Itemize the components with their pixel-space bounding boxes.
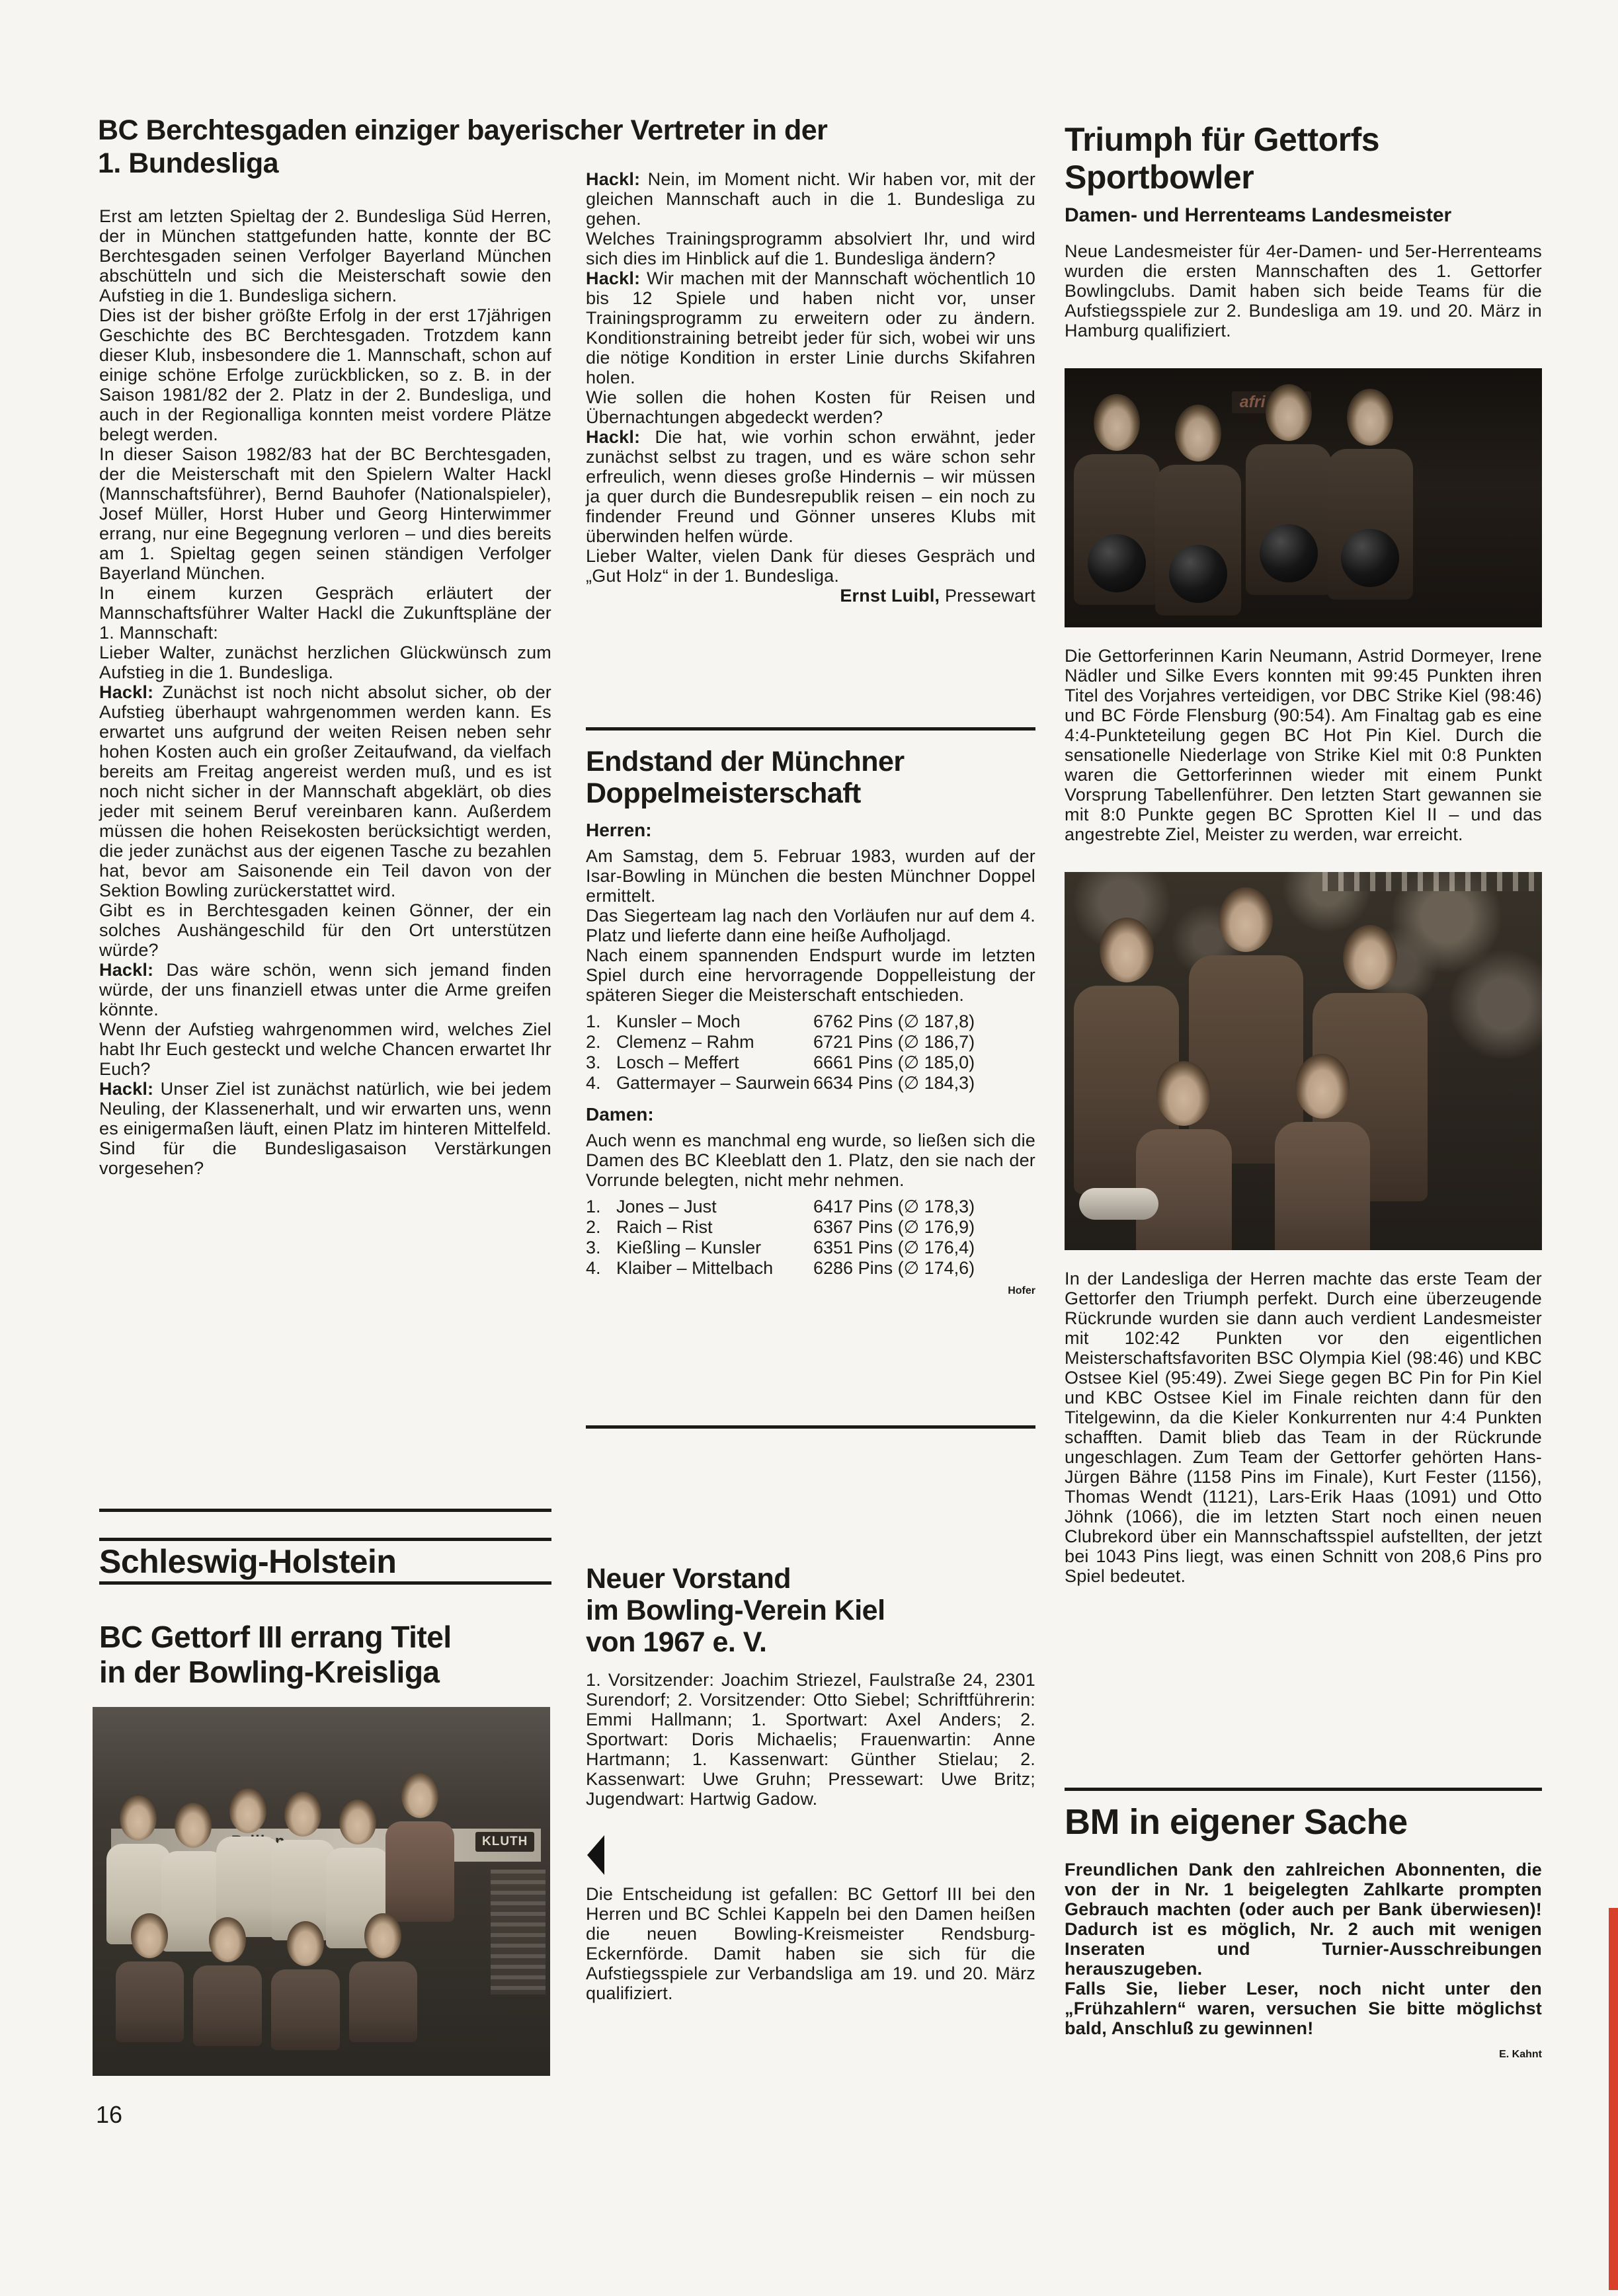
result-score: 6721 Pins (∅ 186,7): [813, 1032, 1035, 1052]
result-rank: 1.: [586, 1197, 616, 1217]
paragraph: In der Landesliga der Herren machte das …: [1065, 1269, 1542, 1586]
speaker-label: Hackl:: [586, 268, 640, 288]
result-score: 6367 Pins (∅ 176,9): [813, 1217, 1035, 1238]
divider-rule: [99, 1581, 551, 1585]
result-score: 6417 Pins (∅ 178,3): [813, 1197, 1035, 1217]
person-figure: [271, 1921, 340, 2050]
paragraph: Neue Landesmeister für 4er-Damen- und 5e…: [1065, 241, 1542, 340]
paragraph: Wie sollen die hohen Kosten für Reisen u…: [586, 387, 1035, 427]
gettorf-article-headline: BC Gettorf III errang Titel in der Bowli…: [99, 1620, 452, 1690]
result-team: Clemenz – Rahm: [616, 1032, 813, 1052]
triumph-headline: Triumph für Gettorfs Sportbowler: [1065, 121, 1542, 196]
headline-line: Endstand der Münchner: [586, 746, 1035, 777]
bowling-ball: [1260, 524, 1318, 582]
paragraph-text: Wir machen mit der Mannschaft wöchentlic…: [586, 268, 1035, 387]
person-torso: [1275, 1122, 1370, 1250]
result-score: 6762 Pins (∅ 187,8): [813, 1011, 1035, 1032]
paragraph: Hackl: Das wäre schön, wenn sich jemand …: [99, 960, 551, 1019]
divider-rule: [586, 727, 1035, 731]
article-column-2: Hackl: Nein, im Moment nicht. Wir haben …: [586, 169, 1035, 606]
herren-label: Herren:: [586, 820, 1035, 841]
paragraph: Auch wenn es manchmal eng wurde, so ließ…: [586, 1130, 1035, 1190]
person-head: [401, 1773, 438, 1818]
paragraph: In dieser Saison 1982/83 hat der BC Berc…: [99, 444, 551, 583]
paragraph: Hackl: Die hat, wie vorhin schon erwähnt…: [586, 427, 1035, 546]
person-torso: [193, 1965, 262, 2046]
result-team: Kunsler – Moch: [616, 1011, 813, 1032]
paragraph: Falls Sie, lieber Leser, noch nicht unte…: [1065, 1979, 1542, 2038]
headline-line: von 1967 e. V.: [586, 1626, 1035, 1658]
paragraph: Am Samstag, dem 5. Februar 1983, wurden …: [586, 846, 1035, 906]
result-rank: 4.: [586, 1258, 616, 1279]
headline-line: Triumph für Gettorfs: [1065, 121, 1542, 159]
person-head: [1266, 384, 1312, 441]
result-score: 6351 Pins (∅ 176,4): [813, 1238, 1035, 1258]
speaker-label: Hackl:: [99, 960, 153, 980]
headline-line: Doppelmeisterschaft: [586, 777, 1035, 809]
person-torso: [349, 1961, 418, 2042]
damen-label: Damen:: [586, 1104, 1035, 1125]
headline-line: BC Gettorf III errang Titel: [99, 1620, 452, 1655]
paragraph-text: Unser Ziel ist zunächst natürlich, wie b…: [99, 1079, 551, 1138]
endstand-article: Endstand der Münchner Doppelmeisterschaf…: [586, 746, 1035, 1308]
person-figure: [349, 1913, 418, 2042]
person-head: [1347, 389, 1393, 446]
result-row: 3.Kießling – Kunsler6351 Pins (∅ 176,4): [586, 1238, 1035, 1258]
author-role: Pressewart: [940, 586, 1035, 606]
result-team: Gattermayer – Saurwein: [616, 1073, 813, 1093]
arrow-left-icon: [587, 1835, 604, 1875]
result-row: 2.Clemenz – Rahm6721 Pins (∅ 186,7): [586, 1032, 1035, 1052]
paragraph: Gibt es in Berchtesgaden keinen Gönner, …: [99, 900, 551, 960]
result-row: 1.Kunsler – Moch6762 Pins (∅ 187,8): [586, 1011, 1035, 1032]
person-figure: [1074, 394, 1160, 605]
section-kicker-schleswig-holstein: Schleswig-Holstein: [99, 1543, 396, 1580]
bowling-shoe: [1079, 1188, 1158, 1220]
person-figure: [1246, 384, 1332, 595]
damen-report-text: Die Gettorferinnen Karin Neumann, Astrid…: [1065, 646, 1542, 844]
paragraph-text: Erst am letzten Spieltag der 2. Bundesli…: [99, 206, 551, 305]
banner-sign: KLUTH: [475, 1832, 534, 1852]
paragraph: Die Entscheidung ist gefallen: BC Gettor…: [586, 1884, 1035, 2003]
person-figure: [1327, 389, 1413, 600]
paragraph: Lieber Walter, vielen Dank für dieses Ge…: [586, 546, 1035, 586]
intro-text: Neue Landesmeister für 4er-Damen- und 5e…: [1065, 241, 1542, 340]
paragraph: Hackl: Zunächst ist noch nicht absolut s…: [99, 682, 551, 900]
paragraph: Erst am letzten Spieltag der 2. Bundesli…: [99, 206, 551, 305]
team-photo-women: afri cola: [1065, 368, 1542, 627]
headline-line: Neuer Vorstand: [586, 1563, 1035, 1595]
herren-results-list: 1.Kunsler – Moch6762 Pins (∅ 187,8) 2.Cl…: [586, 1011, 1035, 1093]
paragraph: Lieber Walter, zunächst herzlichen Glück…: [99, 643, 551, 682]
decision-text: Die Entscheidung ist gefallen: BC Gettor…: [586, 1884, 1035, 2003]
result-score: 6634 Pins (∅ 184,3): [813, 1073, 1035, 1093]
speaker-label: Hackl:: [99, 682, 153, 702]
result-row: 1.Jones – Just6417 Pins (∅ 178,3): [586, 1197, 1035, 1217]
kiel-headline: Neuer Vorstand im Bowling-Verein Kiel vo…: [586, 1563, 1035, 1658]
author-signature: E. Kahnt: [1065, 2049, 1542, 2061]
paragraph-text: Lieber Walter, vielen Dank für dieses Ge…: [586, 546, 1035, 586]
person-torso: [271, 1969, 340, 2050]
person-figure: [1275, 1054, 1370, 1250]
result-rank: 3.: [586, 1052, 616, 1073]
result-rank: 1.: [586, 1011, 616, 1032]
paragraph-text: Dies ist der bisher größte Erfolg in der…: [99, 305, 551, 444]
paragraph-text: Die hat, wie vorhin schon erwähnt, jeder…: [586, 427, 1035, 546]
person-head: [209, 1917, 246, 1962]
author-signature: Ernst Luibl, Pressewart: [586, 586, 1035, 606]
divider-rule: [99, 1538, 551, 1541]
person-torso: [116, 1961, 184, 2042]
result-rank: 2.: [586, 1032, 616, 1052]
bm-headline: BM in eigener Sache: [1065, 1803, 1542, 1841]
paragraph-text: In einem kurzen Gespräch erläutert der M…: [99, 583, 551, 643]
result-rank: 2.: [586, 1217, 616, 1238]
headline-line: BC Berchtesgaden einziger bayerischer Ve…: [98, 114, 1043, 147]
person-head: [1219, 887, 1273, 952]
divider-rule: [99, 1509, 551, 1512]
board-list-text: 1. Vorsitzender: Joachim Striezel, Fauls…: [586, 1670, 1035, 1809]
bm-article: BM in eigener Sache Freundlichen Dank de…: [1065, 1788, 1542, 2071]
bm-text: Freundlichen Dank den zahlreichen Abonne…: [1065, 1860, 1542, 2038]
page-number: 16: [96, 2101, 122, 2129]
paragraph-text: Das wäre schön, wenn sich jemand finden …: [99, 960, 551, 1019]
result-row: 4.Gattermayer – Saurwein6634 Pins (∅ 184…: [586, 1073, 1035, 1093]
paragraph-text: Gibt es in Berchtesgaden keinen Gönner, …: [99, 900, 551, 960]
person-head: [175, 1803, 212, 1848]
paragraph: Sind für die Bundesligasaison Verstärkun…: [99, 1138, 551, 1178]
paragraph: Hackl: Wir machen mit der Mannschaft wöc…: [586, 268, 1035, 387]
team-photo-gettorf-group: Brillen KLUTH: [93, 1707, 550, 2076]
speaker-label: Hackl:: [99, 1079, 153, 1099]
paragraph-text: Wie sollen die hohen Kosten für Reisen u…: [586, 387, 1035, 427]
result-score: 6661 Pins (∅ 185,0): [813, 1052, 1035, 1073]
result-team: Raich – Rist: [616, 1217, 813, 1238]
paragraph: Hackl: Unser Ziel ist zunächst natürlich…: [99, 1079, 551, 1138]
person-head: [1175, 405, 1221, 461]
person-head: [1343, 925, 1397, 990]
paragraph: In einem kurzen Gespräch erläutert der M…: [99, 583, 551, 643]
herren-text: Am Samstag, dem 5. Februar 1983, wurden …: [586, 846, 1035, 1005]
person-head: [1100, 918, 1154, 982]
triumph-subhead: Damen- und Herrenteams Landesmeister: [1065, 204, 1542, 227]
bowling-lanes: [491, 1870, 546, 1995]
divider-rule: [1065, 1788, 1542, 1791]
person-head: [287, 1921, 324, 1966]
result-rank: 4.: [586, 1073, 616, 1093]
person-figure: [1155, 405, 1241, 615]
paragraph-text: In dieser Saison 1982/83 hat der BC Berc…: [99, 444, 551, 583]
result-row: 3.Losch – Meffert6661 Pins (∅ 185,0): [586, 1052, 1035, 1073]
endstand-headline: Endstand der Münchner Doppelmeisterschaf…: [586, 746, 1035, 809]
person-head: [284, 1792, 321, 1837]
paragraph: Hackl: Nein, im Moment nicht. Wir haben …: [586, 169, 1035, 229]
result-rank: 3.: [586, 1238, 616, 1258]
person-head: [1156, 1061, 1211, 1126]
bowling-ball: [1169, 545, 1227, 603]
person-figure: [1136, 1061, 1231, 1250]
bowling-ball: [1088, 534, 1146, 592]
author-signature: Hofer: [586, 1285, 1035, 1297]
paragraph-text: Sind für die Bundesligasaison Verstärkun…: [99, 1138, 551, 1178]
person-head: [339, 1800, 376, 1844]
score-display-lights: [1322, 872, 1542, 891]
person-figure: [385, 1773, 454, 1922]
paragraph: 1. Vorsitzender: Joachim Striezel, Fauls…: [586, 1670, 1035, 1809]
paragraph: Wenn der Aufstieg wahrgenommen wird, wel…: [99, 1019, 551, 1079]
team-photo-men: [1065, 872, 1542, 1250]
kiel-article: Neuer Vorstand im Bowling-Verein Kiel vo…: [586, 1563, 1035, 2003]
person-figure: [193, 1917, 262, 2046]
paragraph: Das Siegerteam lag nach den Vorläufen nu…: [586, 906, 1035, 945]
result-team: Losch – Meffert: [616, 1052, 813, 1073]
person-head: [229, 1788, 266, 1833]
result-team: Kießling – Kunsler: [616, 1238, 813, 1258]
paragraph-text: Lieber Walter, zunächst herzlichen Glück…: [99, 643, 551, 682]
thumb-index-bar: [1609, 1908, 1618, 2290]
result-team: Jones – Just: [616, 1197, 813, 1217]
headline-line: in der Bowling-Kreisliga: [99, 1655, 452, 1690]
damen-results-list: 1.Jones – Just6417 Pins (∅ 178,3) 2.Raic…: [586, 1197, 1035, 1279]
paragraph-text: Welches Trainingsprogramm absolviert Ihr…: [586, 229, 1035, 268]
person-figure: [116, 1913, 184, 2042]
paragraph-text: Nein, im Moment nicht. Wir haben vor, mi…: [586, 169, 1035, 229]
person-head: [1295, 1054, 1350, 1119]
result-score: 6286 Pins (∅ 174,6): [813, 1258, 1035, 1279]
paragraph-text: Zunächst ist noch nicht absolut sicher, …: [99, 682, 551, 900]
result-row: 4.Klaiber – Mittelbach6286 Pins (∅ 174,6…: [586, 1258, 1035, 1279]
headline-line: im Bowling-Verein Kiel: [586, 1595, 1035, 1626]
paragraph: Dies ist der bisher größte Erfolg in der…: [99, 305, 551, 444]
article-column-3: Triumph für Gettorfs Sportbowler Damen- …: [1065, 121, 1542, 1586]
bowling-ball: [1341, 529, 1399, 587]
article-column-1: Erst am letzten Spieltag der 2. Bundesli…: [99, 206, 551, 1178]
damen-text: Auch wenn es manchmal eng wurde, so ließ…: [586, 1130, 1035, 1190]
paragraph: Welches Trainingsprogramm absolviert Ihr…: [586, 229, 1035, 268]
person-head: [364, 1913, 401, 1958]
speaker-label: Hackl:: [586, 427, 640, 447]
person-head: [1094, 394, 1140, 451]
author-name: Ernst Luibl,: [840, 586, 940, 606]
result-row: 2.Raich – Rist6367 Pins (∅ 176,9): [586, 1217, 1035, 1238]
paragraph: Die Gettorferinnen Karin Neumann, Astrid…: [1065, 646, 1542, 844]
headline-line: Sportbowler: [1065, 159, 1542, 196]
divider-rule: [586, 1425, 1035, 1429]
person-head: [120, 1796, 157, 1841]
herren-report-text: In der Landesliga der Herren machte das …: [1065, 1269, 1542, 1586]
paragraph: Nach einem spannenden Endspurt wurde im …: [586, 945, 1035, 1005]
paragraph: Freundlichen Dank den zahlreichen Abonne…: [1065, 1860, 1542, 1979]
speaker-label: Hackl:: [586, 169, 640, 189]
paragraph-text: Wenn der Aufstieg wahrgenommen wird, wel…: [99, 1019, 551, 1079]
person-torso: [385, 1821, 454, 1922]
result-team: Klaiber – Mittelbach: [616, 1258, 813, 1279]
person-head: [131, 1913, 168, 1958]
